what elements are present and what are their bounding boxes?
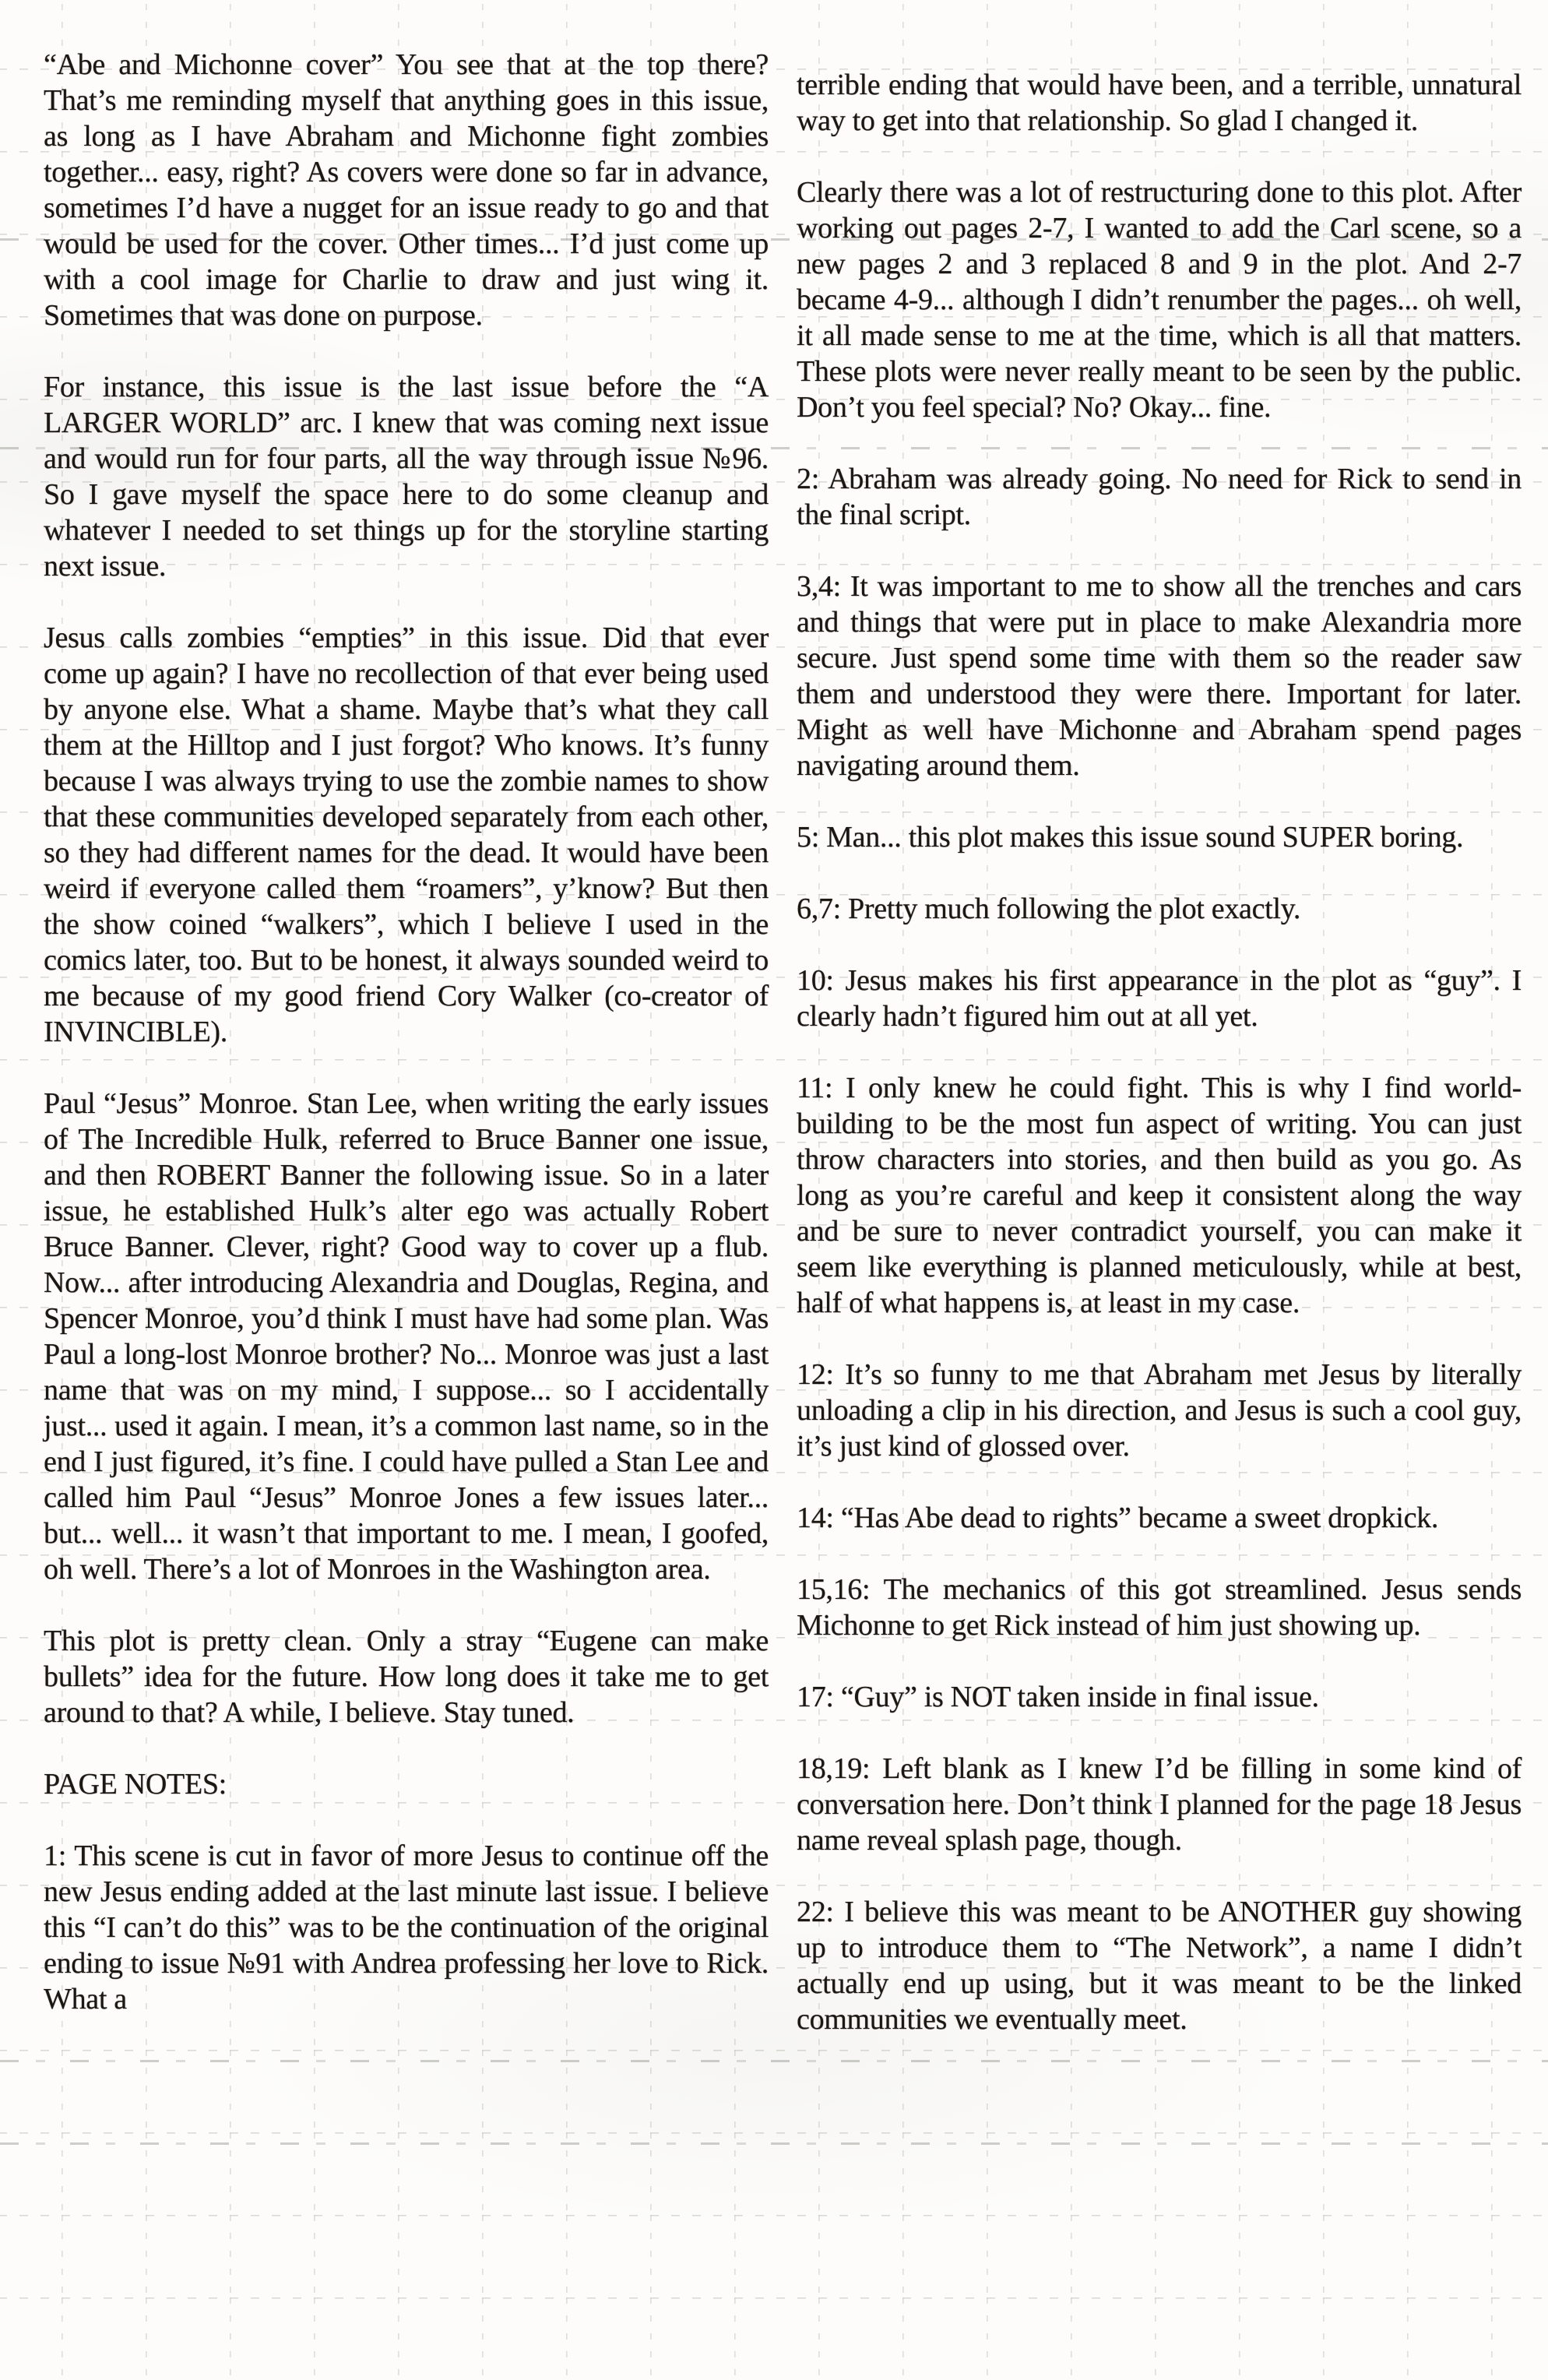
left-column: “Abe and Michonne cover” You see that at… [44, 47, 769, 2380]
commentary-plot-clean: This plot is pretty clean. Only a stray … [44, 1623, 769, 1730]
page-note-17: 17: “Guy” is NOT taken inside in final i… [797, 1679, 1522, 1715]
page-notes-heading: PAGE NOTES: [44, 1766, 769, 1802]
page-note-11: 11: I only knew he could fight. This is … [797, 1070, 1522, 1321]
commentary-plot-restructuring: Clearly there was a lot of restructuring… [797, 174, 1522, 425]
page-note-10: 10: Jesus makes his first appearance in … [797, 963, 1522, 1034]
page-note-15-16: 15,16: The mechanics of this got streaml… [797, 1572, 1522, 1643]
commentary-paul-jesus-monroe: Paul “Jesus” Monroe. Stan Lee, when writ… [44, 1086, 769, 1587]
commentary-empties-naming: Jesus calls zombies “empties” in this is… [44, 620, 769, 1050]
page-note-18-19: 18,19: Left blank as I knew I’d be filli… [797, 1751, 1522, 1858]
page-note-1-continued: terrible ending that would have been, an… [797, 67, 1522, 139]
page-note-6-7: 6,7: Pretty much following the plot exac… [797, 891, 1522, 927]
page-note-3-4: 3,4: It was important to me to show all … [797, 569, 1522, 783]
page-note-5: 5: Man... this plot makes this issue sou… [797, 819, 1522, 855]
page-note-12: 12: It’s so funny to me that Abraham met… [797, 1357, 1522, 1464]
commentary-larger-world-arc: For instance, this issue is the last iss… [44, 369, 769, 584]
page-note-1: 1: This scene is cut in favor of more Je… [44, 1838, 769, 2017]
commentary-abe-michonne-cover: “Abe and Michonne cover” You see that at… [44, 47, 769, 333]
page-note-2: 2: Abraham was already going. No need fo… [797, 461, 1522, 533]
page-note-22: 22: I believe this was meant to be ANOTH… [797, 1894, 1522, 2037]
right-column: terrible ending that would have been, an… [797, 47, 1522, 2380]
two-column-commentary: “Abe and Michonne cover” You see that at… [0, 0, 1548, 2380]
page-note-14: 14: “Has Abe dead to rights” became a sw… [797, 1500, 1522, 1536]
